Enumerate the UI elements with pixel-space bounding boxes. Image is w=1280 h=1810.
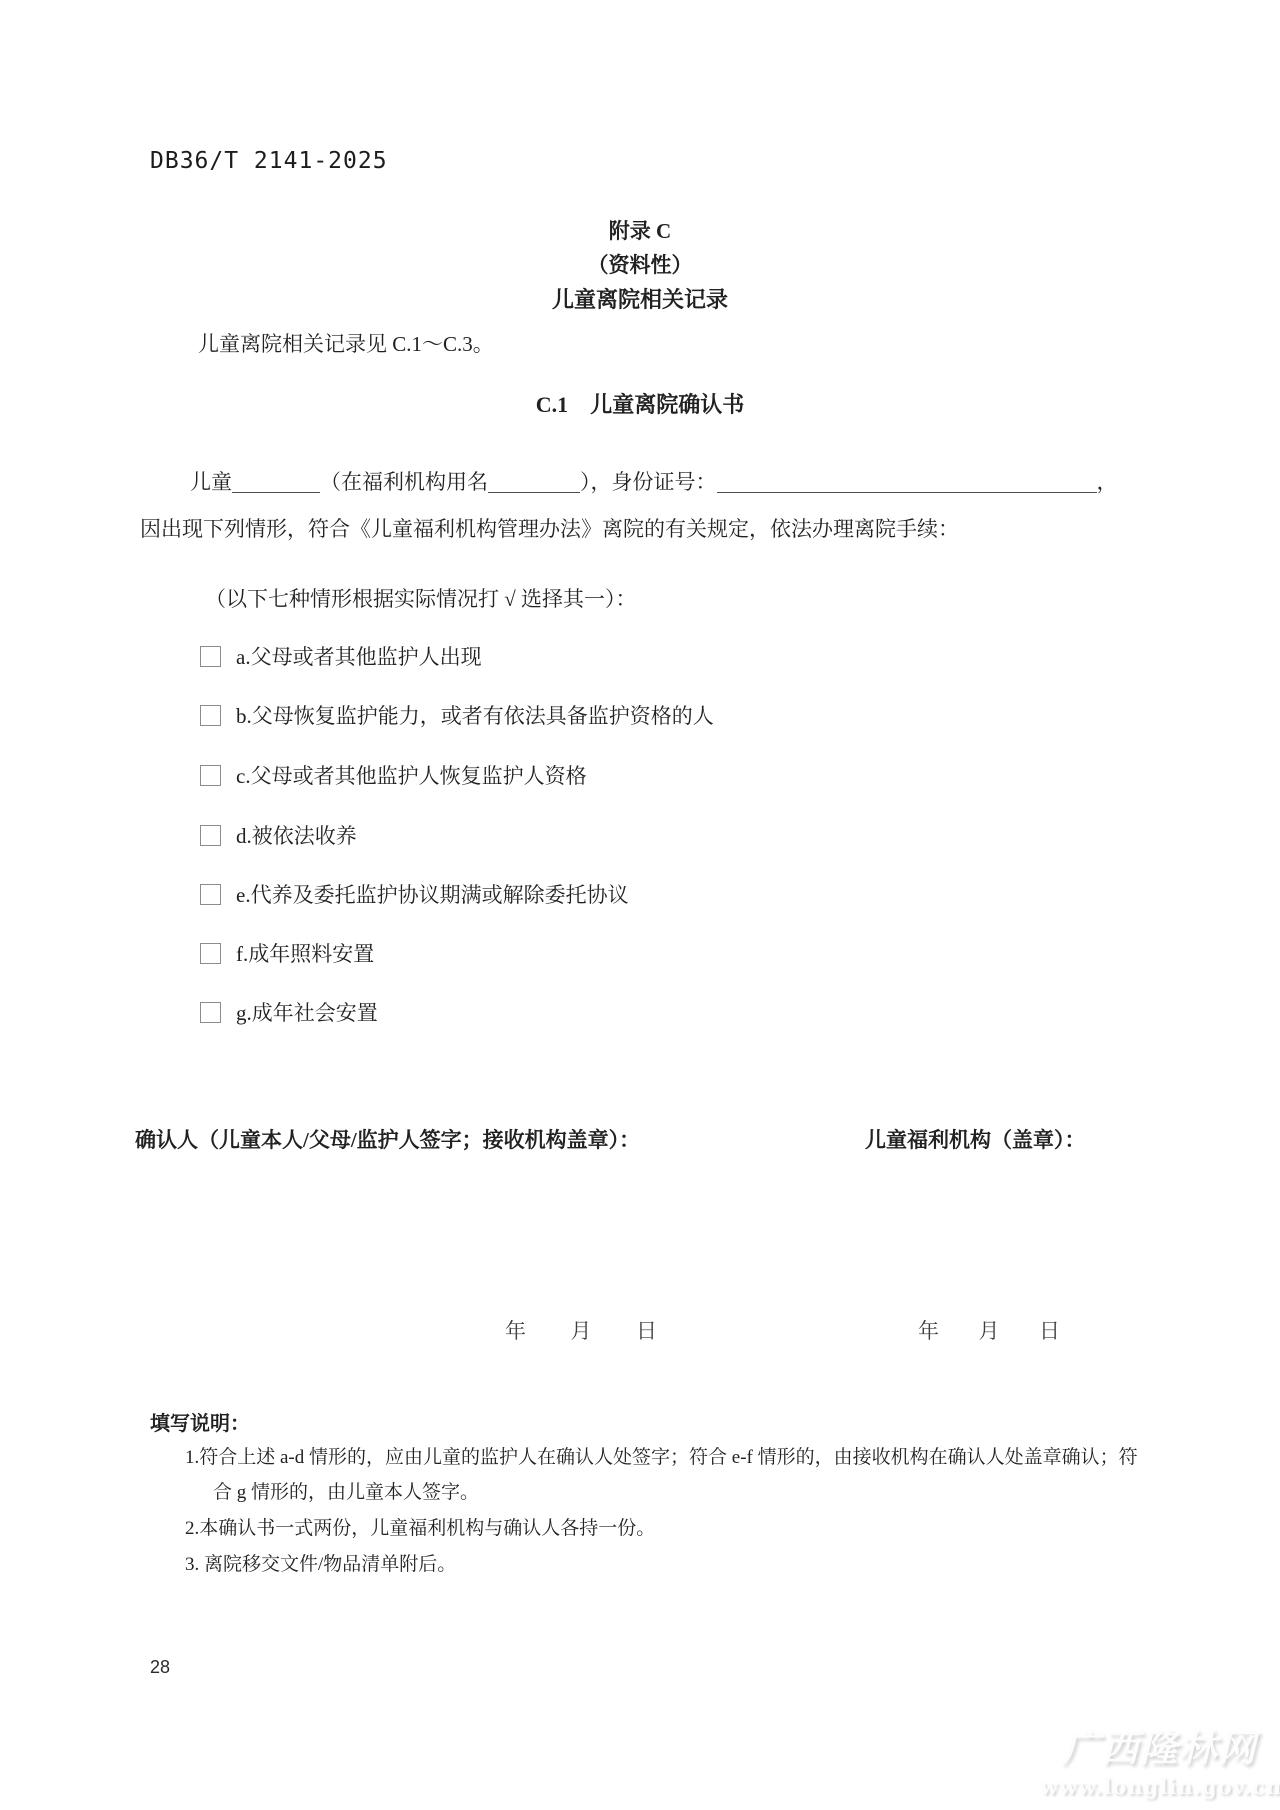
date-year-label: 年 bbox=[505, 1315, 526, 1345]
watermark-site-url: www.longlin.gov.cn bbox=[1040, 1774, 1280, 1799]
doc-standard-number: DB36/T 2141-2025 bbox=[150, 148, 388, 174]
option-row-e: e.代养及委托监护协议期满或解除委托协议 bbox=[200, 879, 629, 909]
instruction-item-1: 1.符合上述 a-d 情形的，应由儿童的监护人在确认人处签字；符合 e-f 情形… bbox=[185, 1440, 1150, 1510]
checkbox-b[interactable] bbox=[200, 705, 221, 726]
appendix-intro: 儿童离院相关记录见 C.1～C.3。 bbox=[198, 328, 494, 358]
instruction-item-2: 2.本确认书一式两份，儿童福利机构与确认人各持一份。 bbox=[185, 1511, 1150, 1546]
option-label-d: d.被依法收养 bbox=[236, 824, 357, 848]
confirmer-signature-label: 确认人（儿童本人/父母/监护人签字；接收机构盖章）： bbox=[135, 1124, 640, 1154]
options-note: （以下七种情形根据实际情况打 √ 选择其一）： bbox=[205, 583, 637, 613]
option-label-a: a.父母或者其他监护人出现 bbox=[236, 645, 482, 669]
form-paragraph-line1: 儿童（在福利机构用名），身份证号：， bbox=[190, 466, 1118, 496]
alias-suffix: ），身份证号： bbox=[580, 470, 717, 494]
id-number-blank-field[interactable] bbox=[717, 470, 1097, 493]
date-day-label: 日 bbox=[636, 1315, 657, 1345]
checkbox-g[interactable] bbox=[200, 1002, 221, 1023]
form-paragraph-line2: 因出现下列情形，符合《儿童福利机构管理办法》离院的有关规定，依法办理离院手续： bbox=[140, 513, 959, 543]
instructions-list: 1.符合上述 a-d 情形的，应由儿童的监护人在确认人处签字；符合 e-f 情形… bbox=[185, 1440, 1150, 1583]
date-line-institution: 年 月 日 bbox=[918, 1315, 1060, 1345]
option-label-g: g.成年社会安置 bbox=[236, 1001, 378, 1025]
option-row-a: a.父母或者其他监护人出现 bbox=[200, 641, 482, 671]
option-row-b: b.父母恢复监护能力，或者有依法具备监护资格的人 bbox=[200, 700, 714, 730]
institution-seal-label: 儿童福利机构（盖章）： bbox=[865, 1124, 1086, 1154]
option-label-f: f.成年照料安置 bbox=[236, 942, 374, 966]
child-label: 儿童 bbox=[190, 470, 232, 494]
appendix-classification: （资料性） bbox=[0, 249, 1280, 279]
checkbox-d[interactable] bbox=[200, 825, 221, 846]
date-month-label: 月 bbox=[979, 1315, 1000, 1345]
institution-alias-blank-field[interactable] bbox=[488, 470, 580, 493]
page-number: 28 bbox=[150, 1657, 170, 1678]
instructions-title: 填写说明： bbox=[150, 1407, 250, 1436]
section-heading: C.1儿童离院确认书 bbox=[0, 388, 1280, 419]
section-number: C.1 bbox=[536, 392, 568, 417]
checkbox-c[interactable] bbox=[200, 765, 221, 786]
date-month-label: 月 bbox=[571, 1315, 592, 1345]
trailing-comma: ， bbox=[1097, 470, 1118, 494]
child-name-blank-field[interactable] bbox=[232, 470, 320, 493]
appendix-label: 附录 C bbox=[0, 215, 1280, 245]
instruction-item-3: 3. 离院移交文件/物品清单附后。 bbox=[185, 1547, 1150, 1582]
option-row-d: d.被依法收养 bbox=[200, 820, 357, 850]
site-watermark: 广西隆林网 www.longlin.gov.cn bbox=[1040, 1718, 1280, 1799]
date-line-confirmer: 年 月 日 bbox=[505, 1315, 657, 1345]
option-row-c: c.父母或者其他监护人恢复监护人资格 bbox=[200, 760, 587, 790]
date-day-label: 日 bbox=[1039, 1315, 1060, 1345]
section-title: 儿童离院确认书 bbox=[590, 392, 744, 417]
option-row-g: g.成年社会安置 bbox=[200, 997, 378, 1027]
alias-prefix: （在福利机构用名 bbox=[320, 470, 488, 494]
document-page: DB36/T 2141-2025 附录 C （资料性） 儿童离院相关记录 儿童离… bbox=[0, 0, 1280, 1810]
appendix-title: 儿童离院相关记录 bbox=[0, 283, 1280, 314]
option-label-c: c.父母或者其他监护人恢复监护人资格 bbox=[236, 764, 587, 788]
option-label-e: e.代养及委托监护协议期满或解除委托协议 bbox=[236, 883, 629, 907]
checkbox-a[interactable] bbox=[200, 646, 221, 667]
watermark-site-name: 广西隆林网 bbox=[1040, 1718, 1280, 1772]
option-label-b: b.父母恢复监护能力，或者有依法具备监护资格的人 bbox=[236, 704, 714, 728]
checkbox-f[interactable] bbox=[200, 943, 221, 964]
option-row-f: f.成年照料安置 bbox=[200, 938, 374, 968]
date-year-label: 年 bbox=[918, 1315, 939, 1345]
checkbox-e[interactable] bbox=[200, 884, 221, 905]
